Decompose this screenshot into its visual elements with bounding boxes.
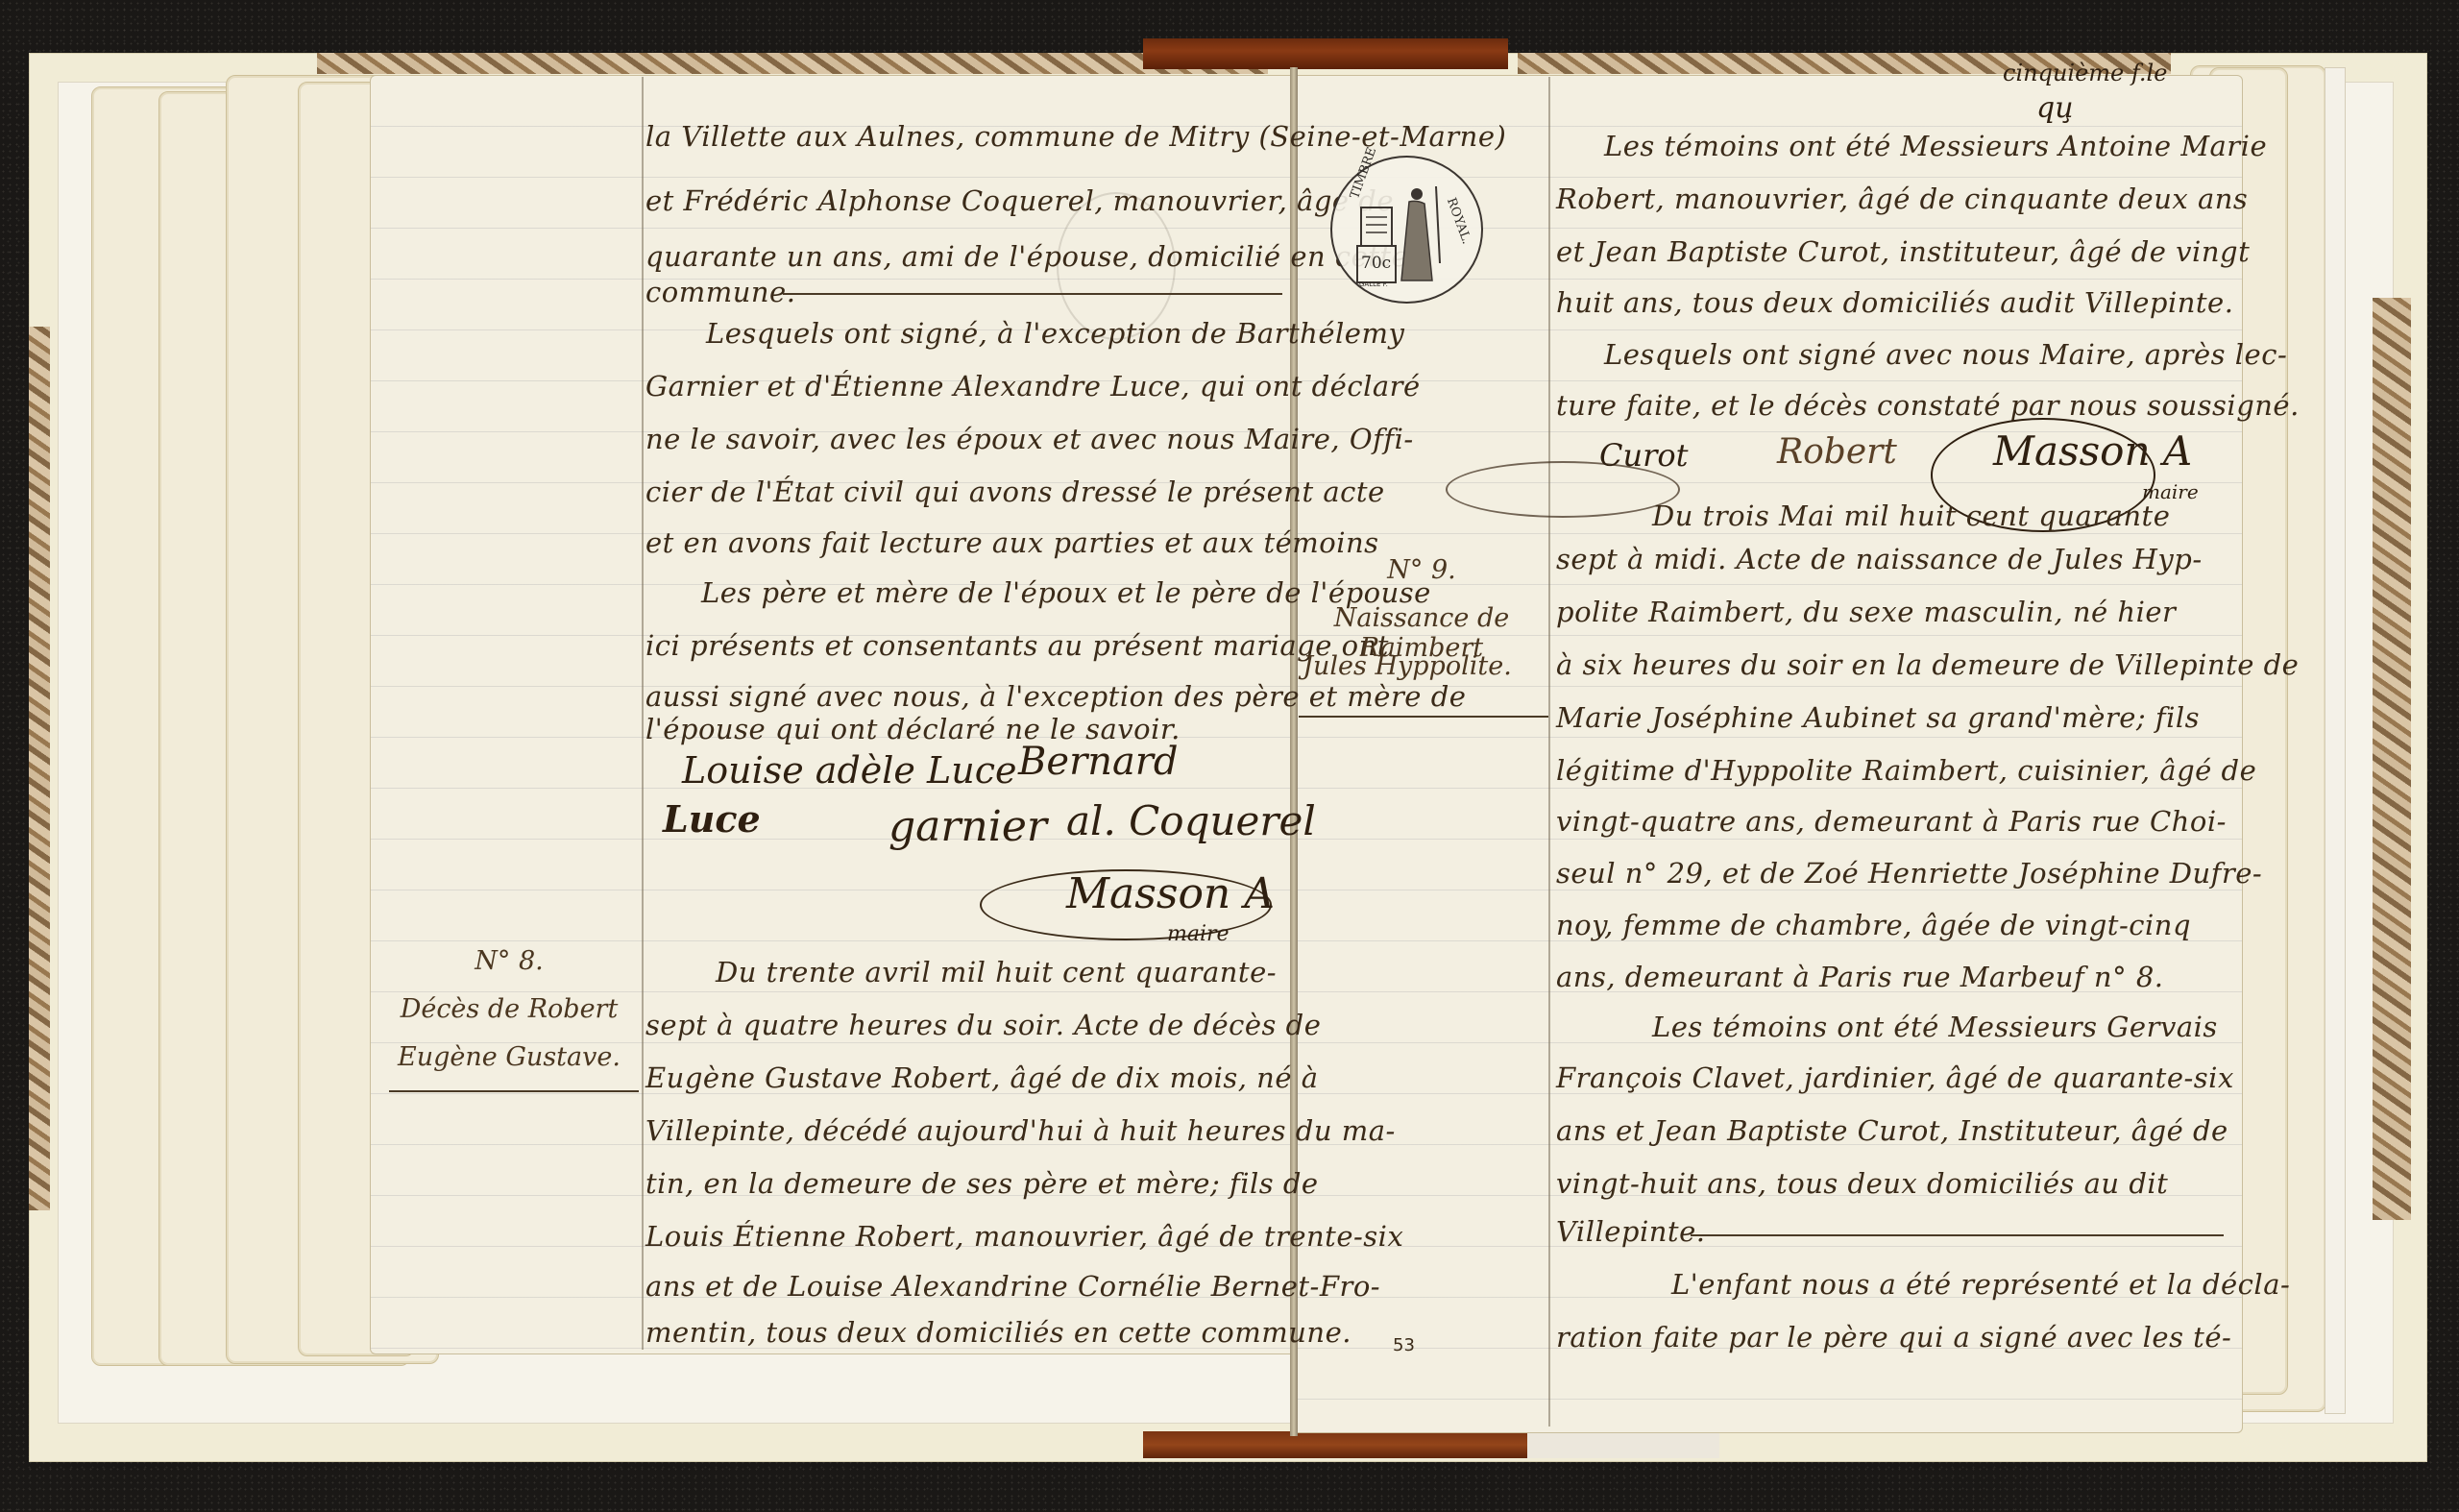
marbled-cover-right <box>2373 298 2411 1220</box>
text-line: ans et de Louise Alexandrine Cornélie Be… <box>645 1270 1380 1303</box>
signature: Luce <box>663 797 761 841</box>
text-line: aussi signé avec nous, à l'exception des… <box>645 680 1466 713</box>
text-line: quarante un ans, ami de l'épouse, domici… <box>645 240 1408 273</box>
entry-number: N° 8. <box>384 946 634 976</box>
mayor-title: maire <box>1167 922 1229 946</box>
text-line: légitime d'Hyppolite Raimbert, cuisinier… <box>1556 754 2256 787</box>
text-line: sept à midi. Acte de naissance de Jules … <box>1556 543 2203 575</box>
timbre-royal-stamp: TIMBRE ROYAL. 70c GALLE F. <box>1330 156 1483 304</box>
text-line: vingt-quatre ans, demeurant à Paris rue … <box>1556 805 2227 838</box>
text-line: Du trente avril mil huit cent quarante- <box>716 956 1277 988</box>
text-line: Eugène Gustave Robert, âgé de dix mois, … <box>645 1061 1319 1094</box>
signature: garnier <box>889 802 1047 851</box>
text-line: et Frédéric Alphonse Coquerel, manouvrie… <box>645 184 1394 217</box>
leather-spine-bottom <box>1143 1431 1527 1458</box>
text-line: Les témoins ont été Messieurs Gervais <box>1652 1011 2218 1043</box>
text-line: ici présents et consentants au présent m… <box>645 629 1389 662</box>
text-line: Garnier et d'Étienne Alexandre Luce, qui… <box>645 370 1421 402</box>
text-line: et Jean Baptiste Curot, instituteur, âgé… <box>1556 235 2250 268</box>
text-line: Lesquels ont signé, à l'exception de Bar… <box>706 317 1404 350</box>
text-line: tin, en la demeure de ses père et mère; … <box>645 1167 1319 1200</box>
text-line: vingt-huit ans, tous deux domiciliés au … <box>1556 1167 2168 1200</box>
text-line: à six heures du soir en la demeure de Vi… <box>1556 648 2299 681</box>
text-line: Du trois Mai mil huit cent quarante <box>1652 500 2170 532</box>
text-line: ture faite, et le décès constaté par nou… <box>1556 389 2300 422</box>
entry-title: Eugène Gustave. <box>384 1042 634 1072</box>
entry-divider <box>1299 716 1548 718</box>
text-line: François Clavet, jardinier, âgé de quara… <box>1556 1061 2234 1094</box>
text-line: mentin, tous deux domiciliés en cette co… <box>645 1316 1351 1349</box>
text-line: noy, femme de chambre, âgée de vingt-cin… <box>1556 909 2191 941</box>
entry-divider <box>389 1090 639 1092</box>
text-line: cier de l'État civil qui avons dressé le… <box>645 476 1385 508</box>
entry-number: N° 9. <box>1297 555 1546 585</box>
text-line: seul n° 29, et de Zoé Henriette Joséphin… <box>1556 857 2262 890</box>
text-line: Les témoins ont été Messieurs Antoine Ma… <box>1604 130 2267 162</box>
text-line: ne le savoir, avec les époux et avec nou… <box>645 423 1414 455</box>
line-filler-rule <box>1691 1234 2224 1236</box>
text-line: polite Raimbert, du sexe masculin, né hi… <box>1556 596 2176 628</box>
stamp-engraver: GALLE F. <box>1359 280 1388 288</box>
line-filler-rule <box>783 293 1282 295</box>
folio-note-mark: qu̧ <box>2036 91 2074 125</box>
text-line: commune. <box>645 276 795 308</box>
signature: al. Coquerel <box>1066 797 1316 844</box>
mayor-signature: Masson A <box>1066 869 1275 918</box>
entry-title: Jules Hyppolite. <box>1297 651 1518 681</box>
text-line: Louis Étienne Robert, manouvrier, âgé de… <box>645 1220 1403 1253</box>
text-line: Villepinte, décédé aujourd'hui à huit he… <box>645 1114 1396 1147</box>
marbled-cover-top-left <box>317 53 1268 74</box>
right-flyleaf <box>2325 67 2346 1414</box>
signature: Bernard <box>1018 740 1179 784</box>
left-margin-rule <box>642 77 644 1350</box>
stamp-value: 70c <box>1361 254 1391 273</box>
text-line: huit ans, tous deux domiciliés audit Vil… <box>1556 286 2233 319</box>
text-line: et en avons fait lecture aux parties et … <box>645 526 1379 559</box>
text-line: Lesquels ont signé avec nous Maire, aprè… <box>1604 338 2287 371</box>
text-line: Villepinte. <box>1556 1215 1705 1248</box>
right-margin-rule <box>1548 77 1550 1427</box>
text-line: Marie Joséphine Aubinet sa grand'mère; f… <box>1556 701 2200 734</box>
text-line: sept à quatre heures du soir. Acte de dé… <box>645 1009 1321 1041</box>
marbled-cover-left <box>29 327 50 1210</box>
signature: Louise adèle Luce <box>682 749 1016 792</box>
text-line: la Villette aux Aulnes, commune de Mitry… <box>645 120 1506 153</box>
page-number: 53 <box>1393 1335 1415 1355</box>
leather-spine-top <box>1143 38 1508 69</box>
text-line: L'enfant nous a été représenté et la déc… <box>1671 1268 2290 1301</box>
text-line: ans, demeurant à Paris rue Marbeuf n° 8. <box>1556 961 2163 993</box>
signature: Curot <box>1599 437 1689 474</box>
text-line: Robert, manouvrier, âgé de cinquante deu… <box>1556 183 2248 215</box>
signature: Robert <box>1777 432 1897 472</box>
mayor-signature: Masson A <box>1993 427 2192 475</box>
folio-note: cinquième f.le <box>2003 60 2167 86</box>
text-line: ration faite par le père qui a signé ave… <box>1556 1321 2231 1353</box>
text-line: ans et Jean Baptiste Curot, Instituteur,… <box>1556 1114 2228 1147</box>
entry-title: Décès de Robert <box>384 994 634 1024</box>
